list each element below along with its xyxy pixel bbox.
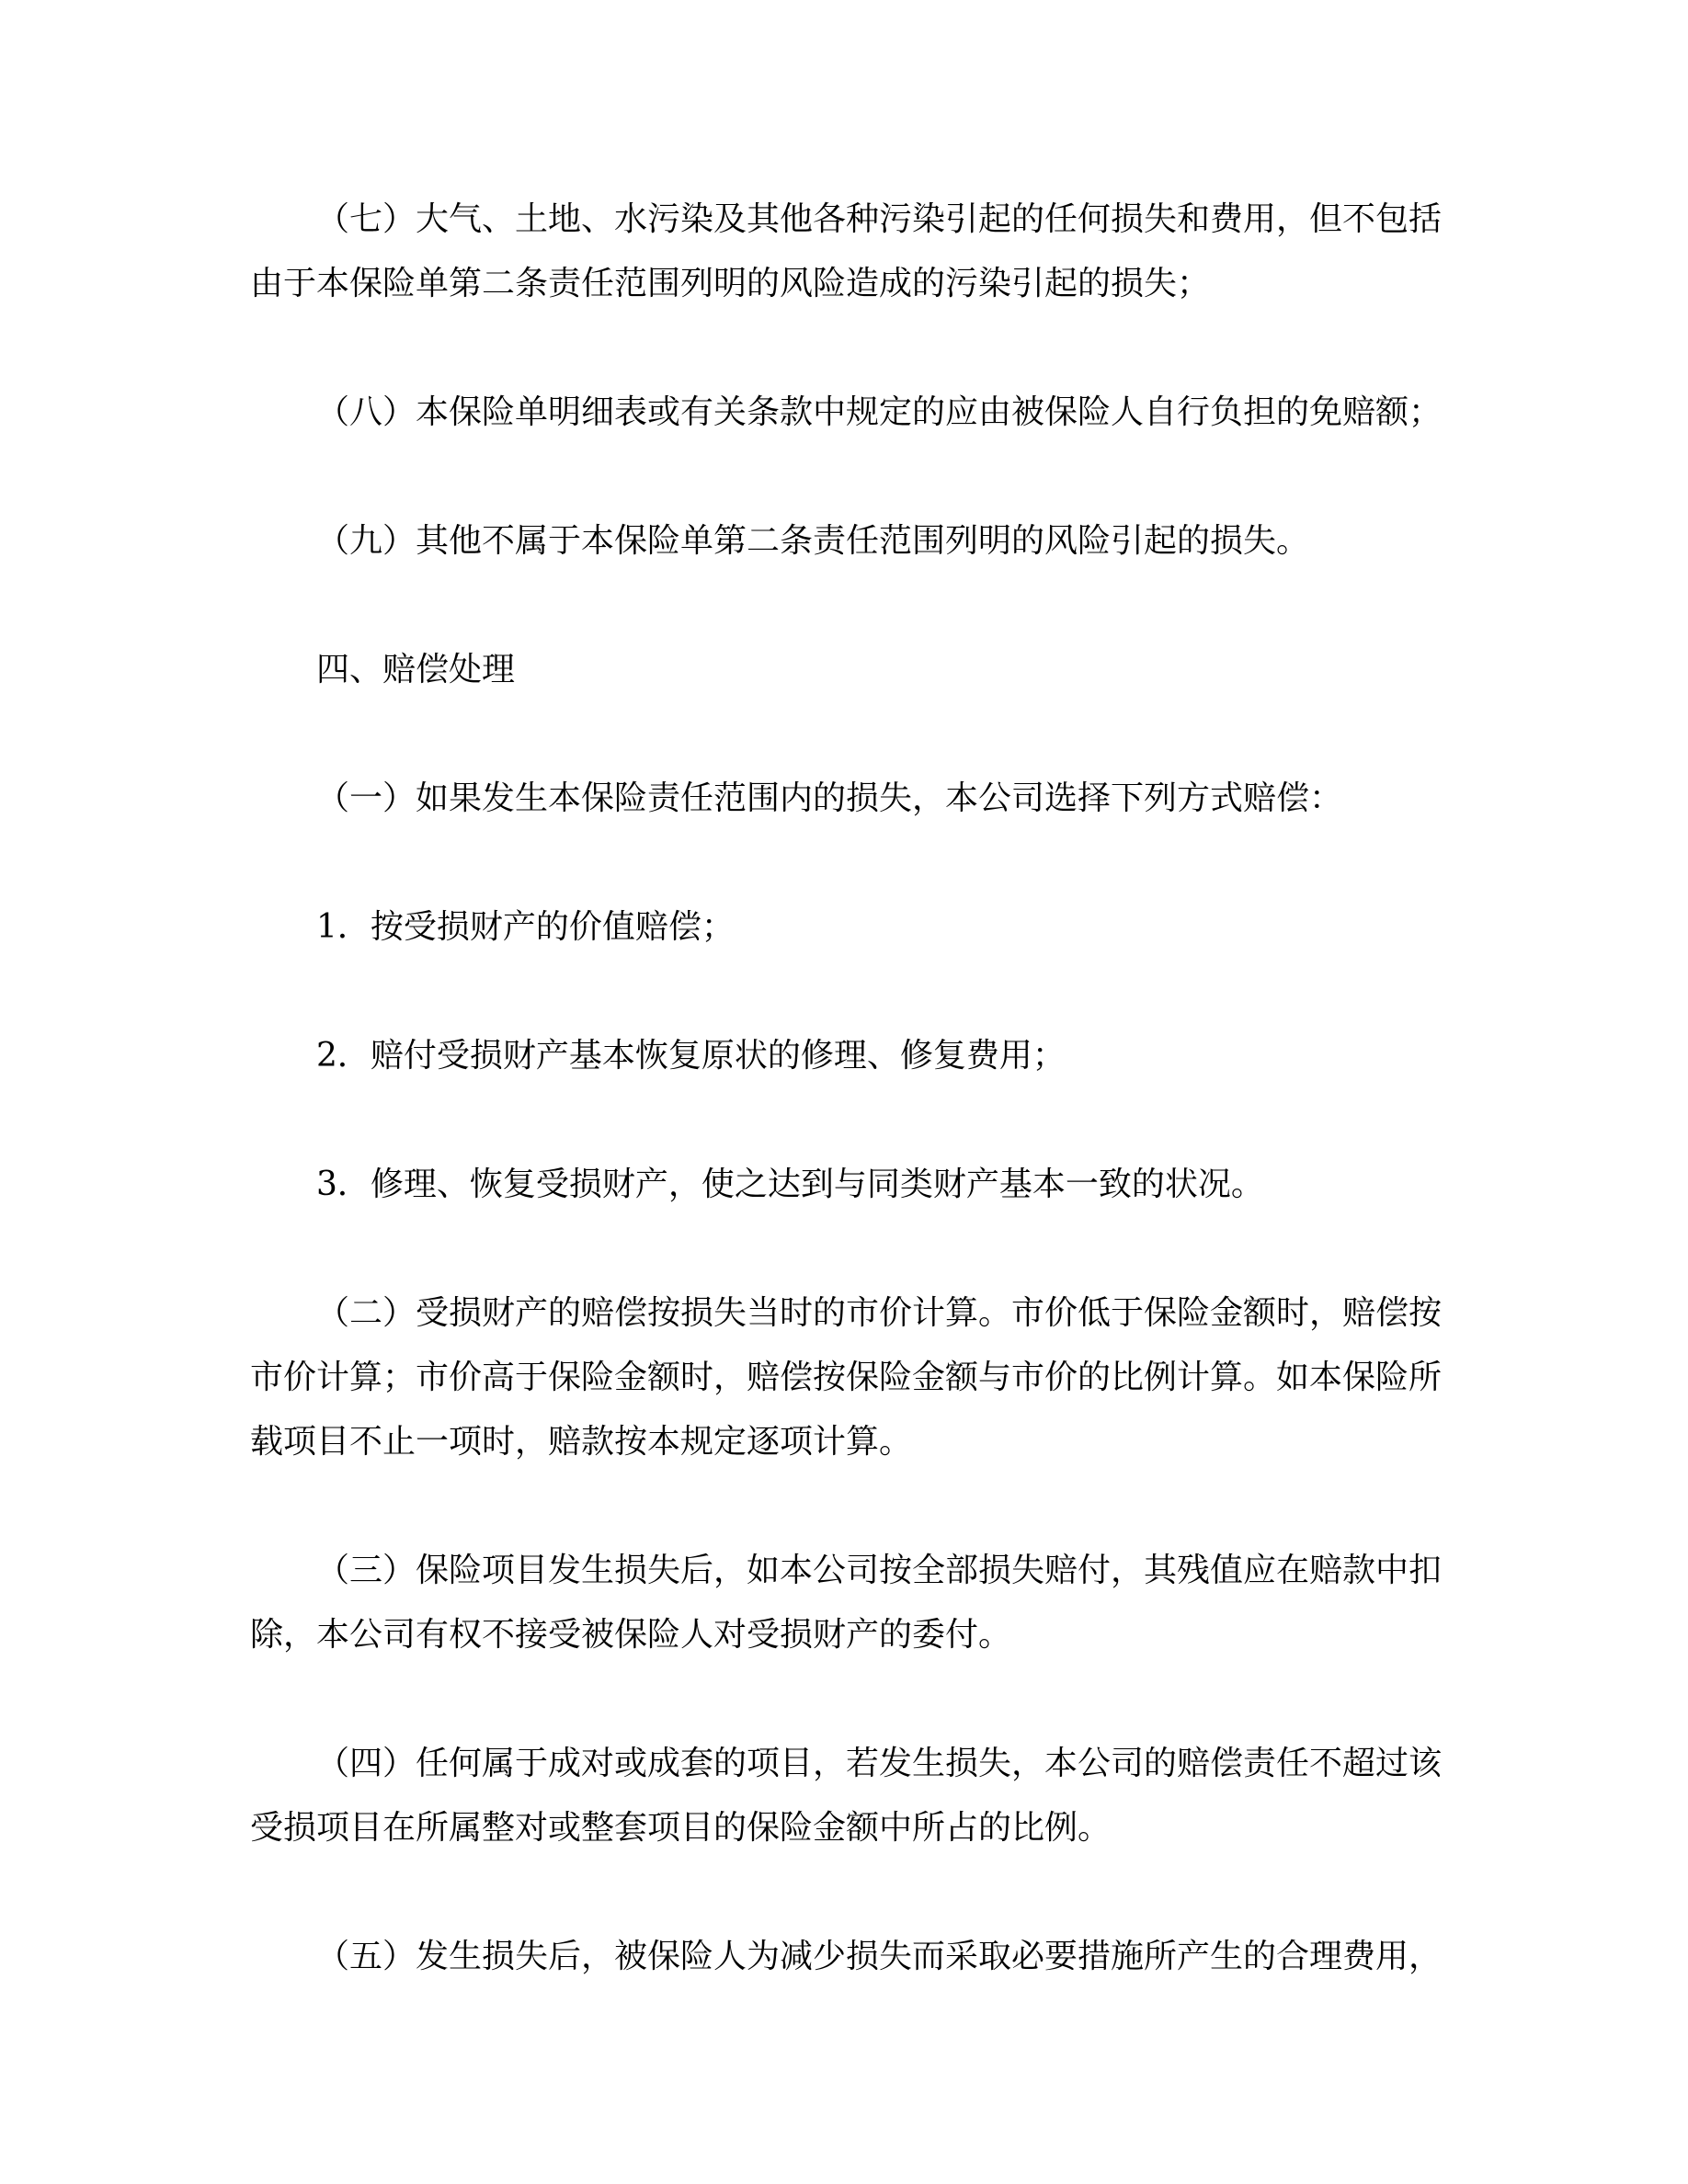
- paragraph-exclusion-7: （七）大气、土地、水污染及其他各种污染引起的任何损失和费用，但不包括由于本保险单…: [250, 188, 1449, 316]
- paragraph-compensation-1: （一）如果发生本保险责任范围内的损失，本公司选择下列方式赔偿：: [250, 767, 1449, 831]
- paragraph-exclusion-9: （九）其他不属于本保险单第二条责任范围列明的风险引起的损失。: [250, 509, 1449, 574]
- document-page: （七）大气、土地、水污染及其他各种污染引起的任何损失和费用，但不包括由于本保险单…: [0, 0, 1688, 2184]
- list-item-3: 3．修理、恢复受损财产，使之达到与同类财产基本一致的状况。: [250, 1153, 1449, 1217]
- paragraph-compensation-5: （五）发生损失后，被保险人为减少损失而采取必要措施所产生的合理费用，: [250, 1925, 1449, 1989]
- paragraph-compensation-2: （二）受损财产的赔偿按损失当时的市价计算。市价低于保险金额时，赔偿按市价计算；市…: [250, 1281, 1449, 1474]
- paragraph-compensation-4: （四）任何属于成对或成套的项目，若发生损失，本公司的赔偿责任不超过该受损项目在所…: [250, 1732, 1449, 1860]
- list-item-1: 1．按受损财产的价值赔偿；: [250, 895, 1449, 960]
- list-item-2: 2．赔付受损财产基本恢复原状的修理、修复费用；: [250, 1024, 1449, 1088]
- section-heading-compensation: 四、赔偿处理: [250, 638, 1449, 702]
- paragraph-exclusion-8: （八）本保险单明细表或有关条款中规定的应由被保险人自行负担的免赔额；: [250, 381, 1449, 445]
- paragraph-compensation-3: （三）保险项目发生损失后，如本公司按全部损失赔付，其残值应在赔款中扣除，本公司有…: [250, 1539, 1449, 1667]
